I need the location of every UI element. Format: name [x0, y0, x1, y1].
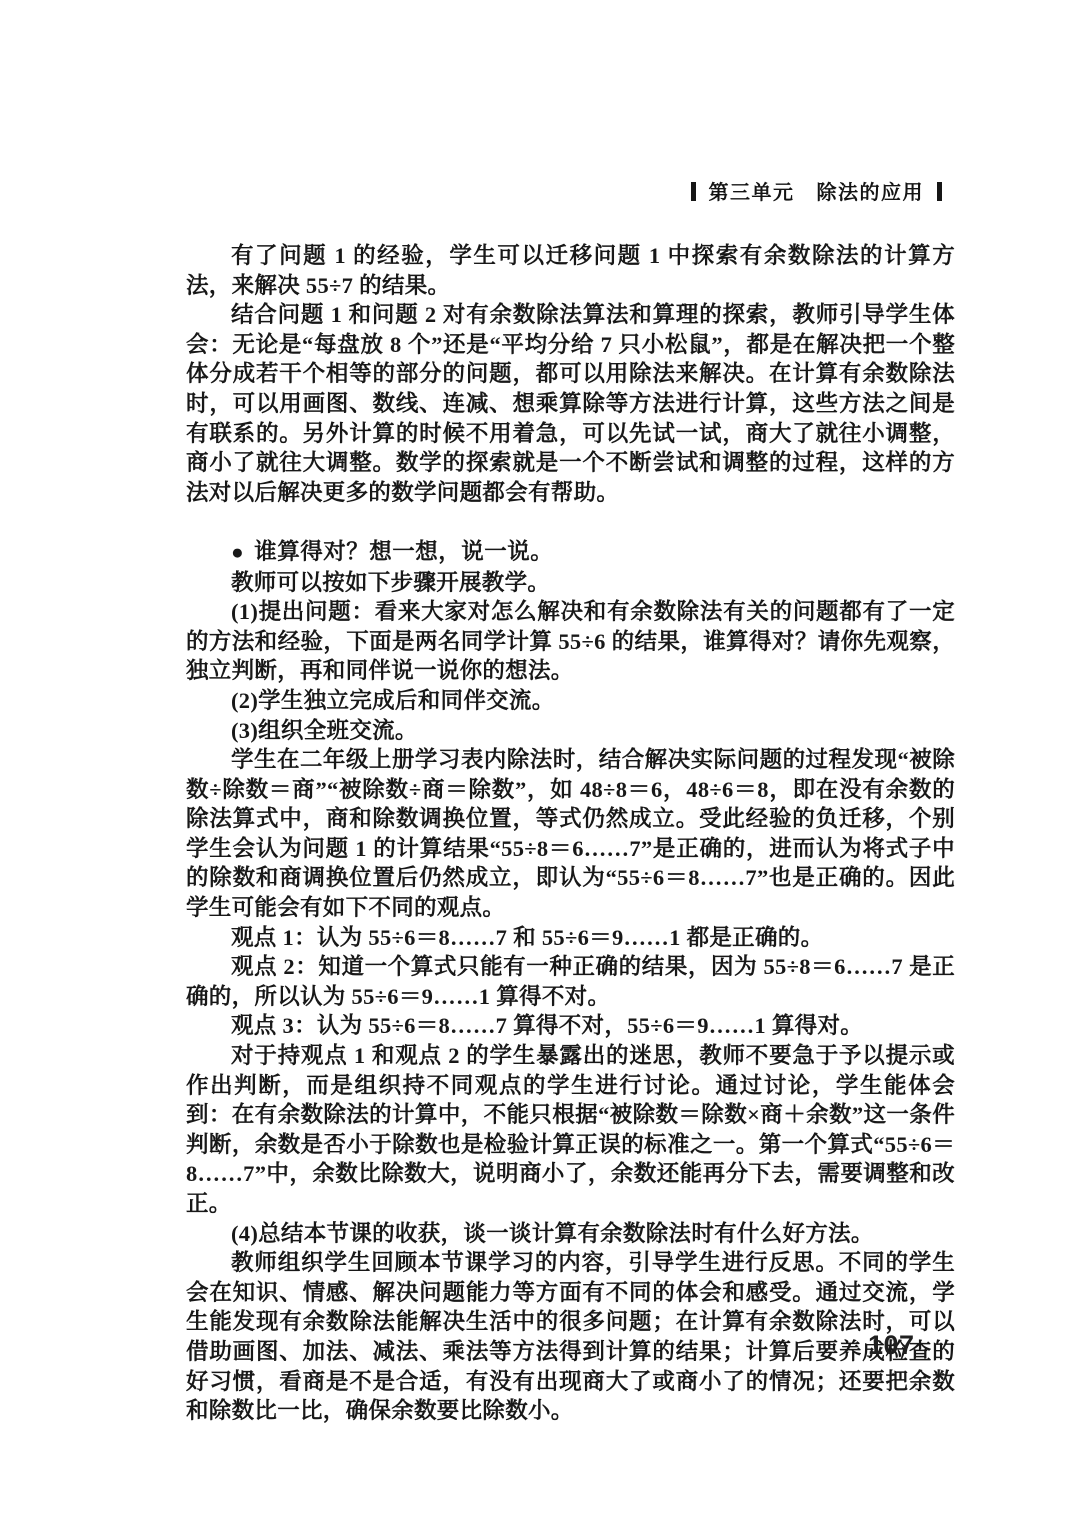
header-bar-left-icon — [691, 182, 696, 201]
section-heading: ●谁算得对？想一想，说一说。 — [186, 537, 955, 568]
book-page: 第三单元除法的应用 有了问题 1 的经验，学生可以迁移问题 1 中探索有余数除法… — [0, 0, 1080, 1527]
paragraph-step-2: (2)学生独立完成后和同伴交流。 — [186, 686, 955, 716]
paragraph-methods: 结合问题 1 和问题 2 对有余数除法算法和算理的探索，教师引导学生体会：无论是… — [186, 300, 955, 507]
paragraph-step-1: (1)提出问题：看来大家对怎么解决和有余数除法有关的问题都有了一定的方法和经验，… — [186, 597, 955, 686]
running-head-unit: 第三单元 — [709, 182, 795, 204]
paragraph-opinion-2: 观点 2：知道一个算式只能有一种正确的结果，因为 55÷8＝6……7 是正确的，… — [186, 952, 955, 1011]
paragraph-summary: 教师组织学生回顾本节课学习的内容，引导学生进行反思。不同的学生会在知识、情感、解… — [186, 1248, 955, 1426]
paragraph-opinion-1: 观点 1：认为 55÷6＝8……7 和 55÷6＝9……1 都是正确的。 — [186, 923, 955, 953]
header-bar-right-icon — [937, 182, 942, 201]
paragraph-steps-intro: 教师可以按如下步骤开展教学。 — [186, 568, 955, 598]
paragraph-intro: 有了问题 1 的经验，学生可以迁移问题 1 中探索有余数除法的计算方法，来解决 … — [186, 241, 955, 300]
page-body: 有了问题 1 的经验，学生可以迁移问题 1 中探索有余数除法的计算方法，来解决 … — [186, 241, 955, 1426]
page-number: 107 — [868, 1330, 915, 1361]
section-heading-text: 谁算得对？想一想，说一说。 — [254, 539, 553, 564]
running-head: 第三单元除法的应用 — [0, 0, 1080, 205]
paragraph-discussion: 对于持观点 1 和观点 2 的学生暴露出的迷思，教师不要急于予以提示或作出判断，… — [186, 1041, 955, 1219]
paragraph-step-3: (3)组织全班交流。 — [186, 716, 955, 746]
bullet-icon: ● — [231, 541, 244, 564]
paragraph-misconception: 学生在二年级上册学习表内除法时，结合解决实际问题的过程发现“被除数÷除数＝商”“… — [186, 745, 955, 923]
running-head-title: 除法的应用 — [817, 182, 925, 204]
paragraph-opinion-3: 观点 3：认为 55÷6＝8……7 算得不对，55÷6＝9……1 算得对。 — [186, 1011, 955, 1041]
paragraph-step-4: (4)总结本节课的收获，谈一谈计算有余数除法时有什么好方法。 — [186, 1219, 955, 1249]
